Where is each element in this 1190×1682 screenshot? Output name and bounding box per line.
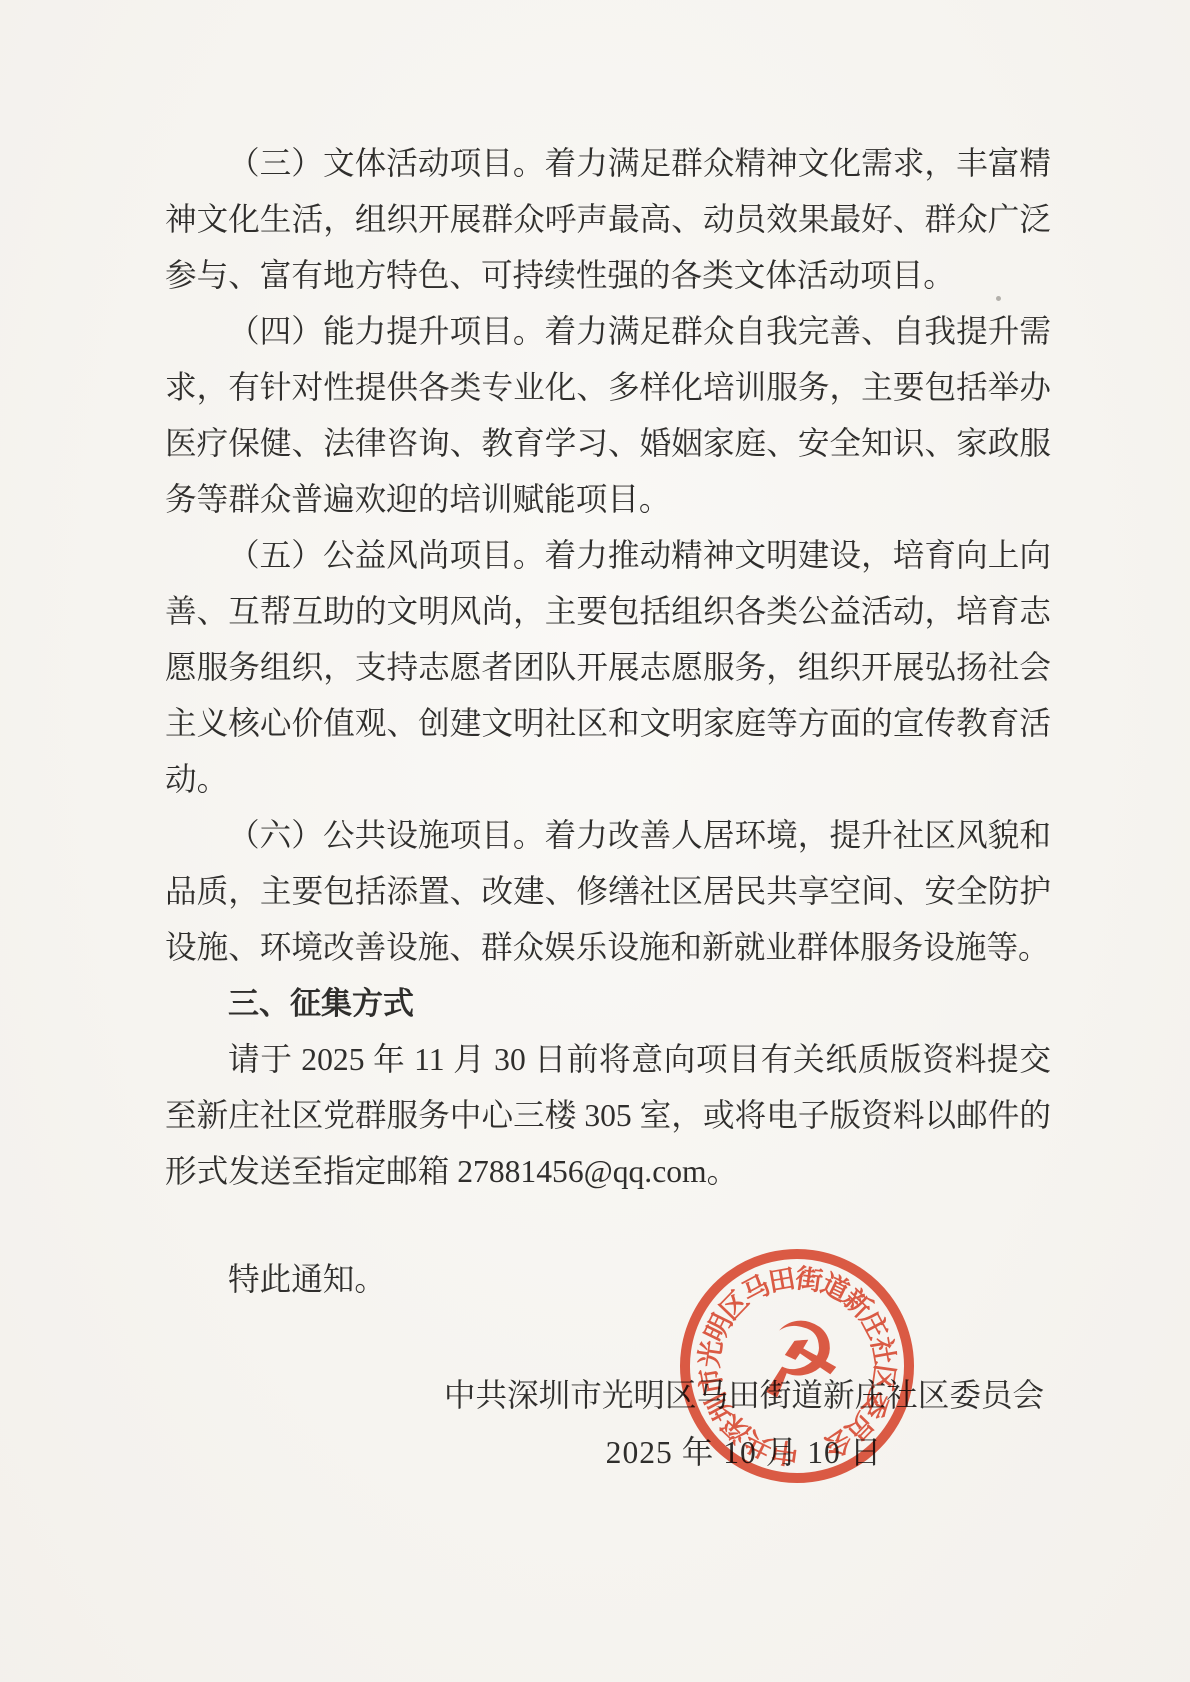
- date-line: 2025 年 10 月 10 日: [444, 1424, 1044, 1481]
- text-line: 医疗保健、法律咨询、教育学习、婚姻家庭、安全知识、家政服: [165, 416, 1051, 472]
- text-line: （三）文体活动项目。着力满足群众精神文化需求，丰富精: [165, 136, 1051, 192]
- seal-ring-char: 新: [837, 1283, 878, 1324]
- section-heading: 三、征集方式: [165, 976, 1051, 1032]
- text-line: 愿服务组织，支持志愿者团队开展志愿服务，组织开展弘扬社会: [165, 640, 1051, 696]
- text-line: 务等群众普遍欢迎的培训赋能项目。: [165, 472, 1051, 528]
- seal-ring-char: 庄: [853, 1306, 893, 1344]
- seal-ring-char: 光: [694, 1338, 728, 1369]
- document-page: （三）文体活动项目。着力满足群众精神文化需求，丰富精神文化生活，组织开展群众呼声…: [0, 0, 1190, 1682]
- signature-block: 中共深圳市光明区马田街道新庄社区委员会 2025 年 10 月 10 日: [444, 1367, 1044, 1481]
- document-body: （三）文体活动项目。着力满足群众精神文化需求，丰富精神文化生活，组织开展群众呼声…: [165, 136, 1051, 1200]
- text-line: 至新庄社区党群服务中心三楼 305 室，或将电子版资料以邮件的: [165, 1088, 1051, 1144]
- text-line: 参与、富有地方特色、可持续性强的各类文体活动项目。: [165, 248, 1051, 304]
- text-line: 求，有针对性提供各类专业化、多样化培训服务，主要包括举办: [165, 360, 1051, 416]
- seal-ring-char: 区: [714, 1285, 755, 1326]
- text-line: （四）能力提升项目。着力满足群众自我完善、自我提升需: [165, 304, 1051, 360]
- text-line: （六）公共设施项目。着力改善人居环境，提升社区风貌和: [165, 808, 1051, 864]
- text-line: 主义核心价值观、创建文明社区和文明家庭等方面的宣传教育活: [165, 696, 1051, 752]
- text-line: 形式发送至指定邮箱 27881456@qq.com。: [165, 1144, 1051, 1200]
- text-line: 善、互帮互助的文明风尚，主要包括组织各类公益活动，培育志: [165, 584, 1051, 640]
- seal-ring-char: 马: [737, 1270, 775, 1310]
- text-line: 动。: [165, 752, 1051, 808]
- text-line: 请于 2025 年 11 月 30 日前将意向项目有关纸质版资料提交: [165, 1032, 1051, 1088]
- seal-ring-char: 道: [816, 1268, 854, 1308]
- text-line: 神文化生活，组织开展群众呼声最高、动员效果最好、群众广泛: [165, 192, 1051, 248]
- text-line: 设施、环境改善设施、群众娱乐设施和新就业群体服务设施等。: [165, 920, 1051, 976]
- text-line: 品质，主要包括添置、改建、修缮社区居民共享空间、安全防护: [165, 864, 1051, 920]
- seal-ring-char: 田: [766, 1263, 798, 1298]
- signature-line: 中共深圳市光明区马田街道新庄社区委员会: [444, 1367, 1044, 1424]
- closing-line: 特此通知。: [228, 1252, 386, 1308]
- seal-ring-char: 明: [699, 1309, 739, 1347]
- seal-ring-char: 街: [794, 1262, 825, 1297]
- text-line: （五）公益风尚项目。着力推动精神文明建设，培育向上向: [165, 528, 1051, 584]
- seal-ring-char: 社: [865, 1335, 900, 1367]
